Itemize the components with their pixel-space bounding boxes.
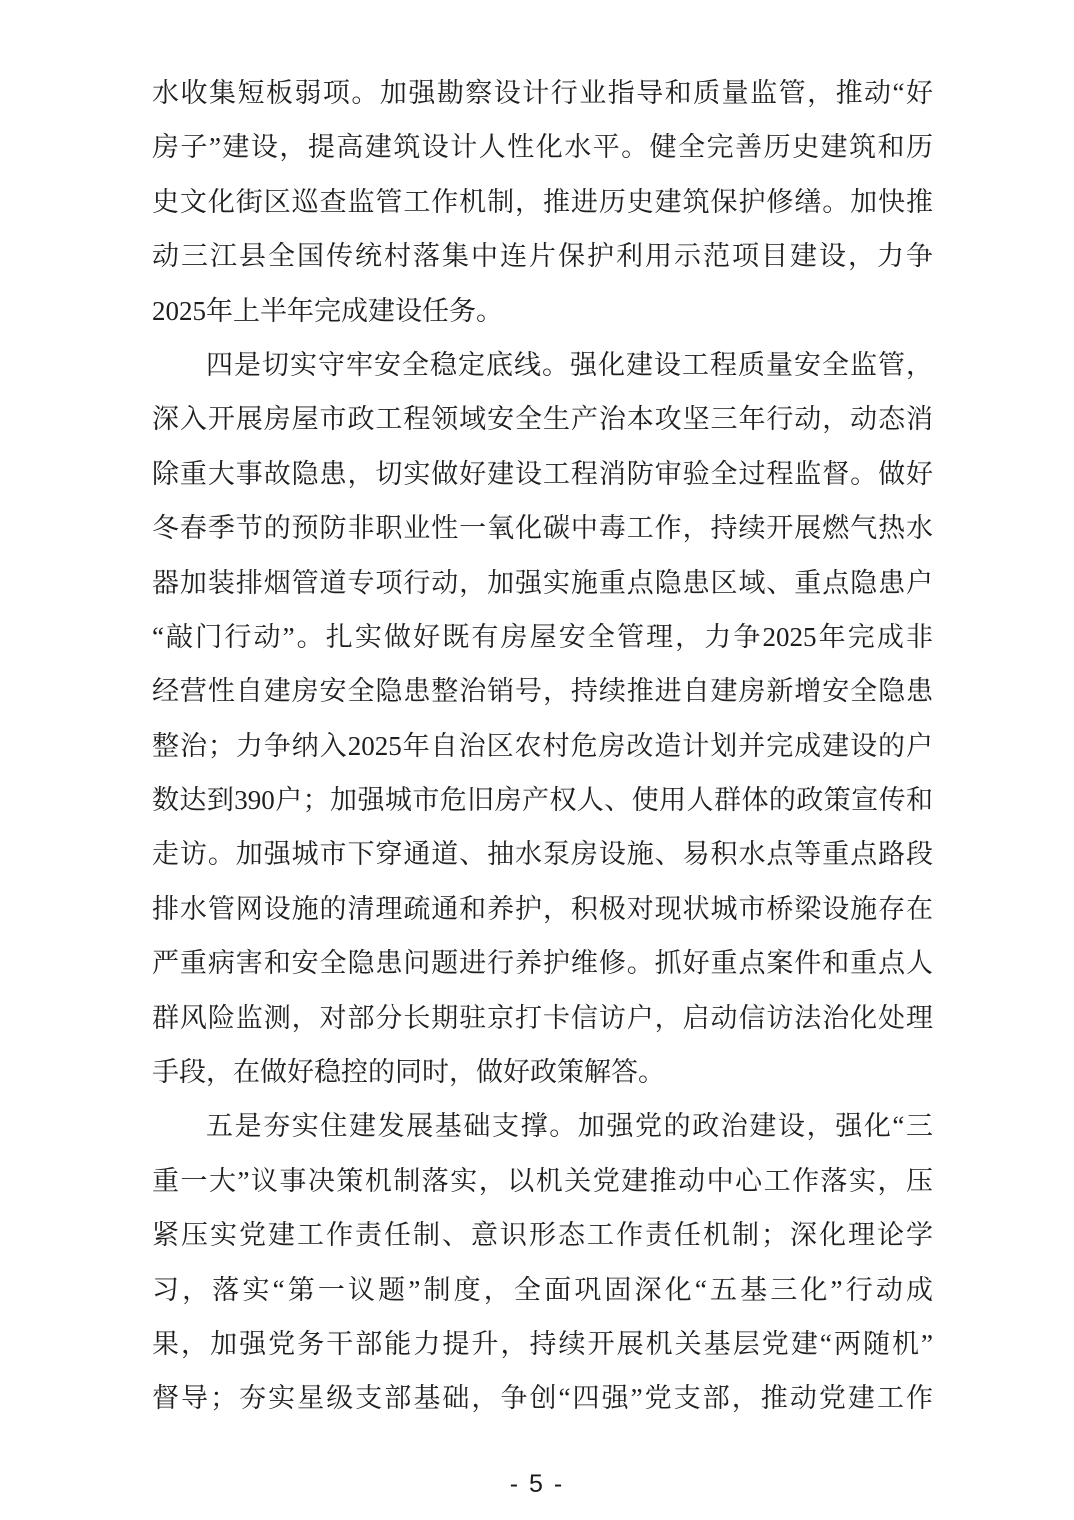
text-line: 器加装排烟管道专项行动，加强实施重点隐患区域、重点隐患户 bbox=[152, 556, 933, 610]
text-line: 手段，在做好稳控的同时，做好政策解答。 bbox=[152, 1045, 933, 1099]
text-line: 数达到390户；加强城市危旧房产权人、使用人群体的政策宣传和 bbox=[152, 773, 933, 827]
text-line: 冬春季节的预防非职业性一氧化碳中毒工作，持续开展燃气热水 bbox=[152, 501, 933, 555]
text-line: 深入开展房屋市政工程领域安全生产治本攻坚三年行动，动态消 bbox=[152, 392, 933, 446]
text-line: 督导；夯实星级支部基础，争创“四强”党支部，推动党建工作 bbox=[152, 1371, 933, 1425]
text-line: 水收集短板弱项。加强勘察设计行业指导和质量监管，推动“好 bbox=[152, 66, 933, 120]
text-line: 动三江县全国传统村落集中连片保护利用示范项目建设，力争 bbox=[152, 229, 933, 283]
text-line: 除重大事故隐患，切实做好建设工程消防审验全过程监督。做好 bbox=[152, 447, 933, 501]
text-line: 史文化街区巡查监管工作机制，推进历史建筑保护修缮。加快推 bbox=[152, 175, 933, 229]
text-line: 紧压实党建工作责任制、意识形态工作责任机制；深化理论学 bbox=[152, 1208, 933, 1262]
paragraph-continuation: 水收集短板弱项。加强勘察设计行业指导和质量监管，推动“好房子”建设，提高建筑设计… bbox=[152, 66, 933, 338]
page-number: - 5 - bbox=[0, 1470, 1074, 1499]
text-line: 群风险监测，对部分长期驻京打卡信访户，启动信访法治化处理 bbox=[152, 991, 933, 1045]
text-line: 2025年上半年完成建设任务。 bbox=[152, 284, 933, 338]
text-line: 严重病害和安全隐患问题进行养护维修。抓好重点案件和重点人 bbox=[152, 936, 933, 990]
text-line: 重一大”议事决策机制落实，以机关党建推动中心工作落实，压 bbox=[152, 1154, 933, 1208]
text-line: 房子”建设，提高建筑设计人性化水平。健全完善历史建筑和历 bbox=[152, 120, 933, 174]
text-line: 排水管网设施的清理疏通和养护，积极对现状城市桥梁设施存在 bbox=[152, 882, 933, 936]
text-line: 果，加强党务干部能力提升，持续开展机关基层党建“两随机” bbox=[152, 1317, 933, 1371]
text-line: 经营性自建房安全隐患整治销号，持续推进自建房新增安全隐患 bbox=[152, 664, 933, 718]
paragraph-point-five: 五是夯实住建发展基础支撑。加强党的政治建设，强化“三重一大”议事决策机制落实，以… bbox=[152, 1099, 933, 1425]
text-line: “敲门行动”。扎实做好既有房屋安全管理，力争2025年完成非 bbox=[152, 610, 933, 664]
text-line: 四是切实守牢安全稳定底线。强化建设工程质量安全监管， bbox=[152, 338, 933, 392]
text-line: 五是夯实住建发展基础支撑。加强党的政治建设，强化“三 bbox=[152, 1099, 933, 1153]
text-line: 习，落实“第一议题”制度，全面巩固深化“五基三化”行动成 bbox=[152, 1263, 933, 1317]
document-body: 水收集短板弱项。加强勘察设计行业指导和质量监管，推动“好房子”建设，提高建筑设计… bbox=[152, 66, 933, 1426]
page-sheet: 水收集短板弱项。加强勘察设计行业指导和质量监管，推动“好房子”建设，提高建筑设计… bbox=[0, 0, 1074, 1520]
text-line: 整治；力争纳入2025年自治区农村危房改造计划并完成建设的户 bbox=[152, 719, 933, 773]
paragraph-point-four: 四是切实守牢安全稳定底线。强化建设工程质量安全监管，深入开展房屋市政工程领域安全… bbox=[152, 338, 933, 1099]
text-line: 走访。加强城市下穿通道、抽水泵房设施、易积水点等重点路段 bbox=[152, 827, 933, 881]
